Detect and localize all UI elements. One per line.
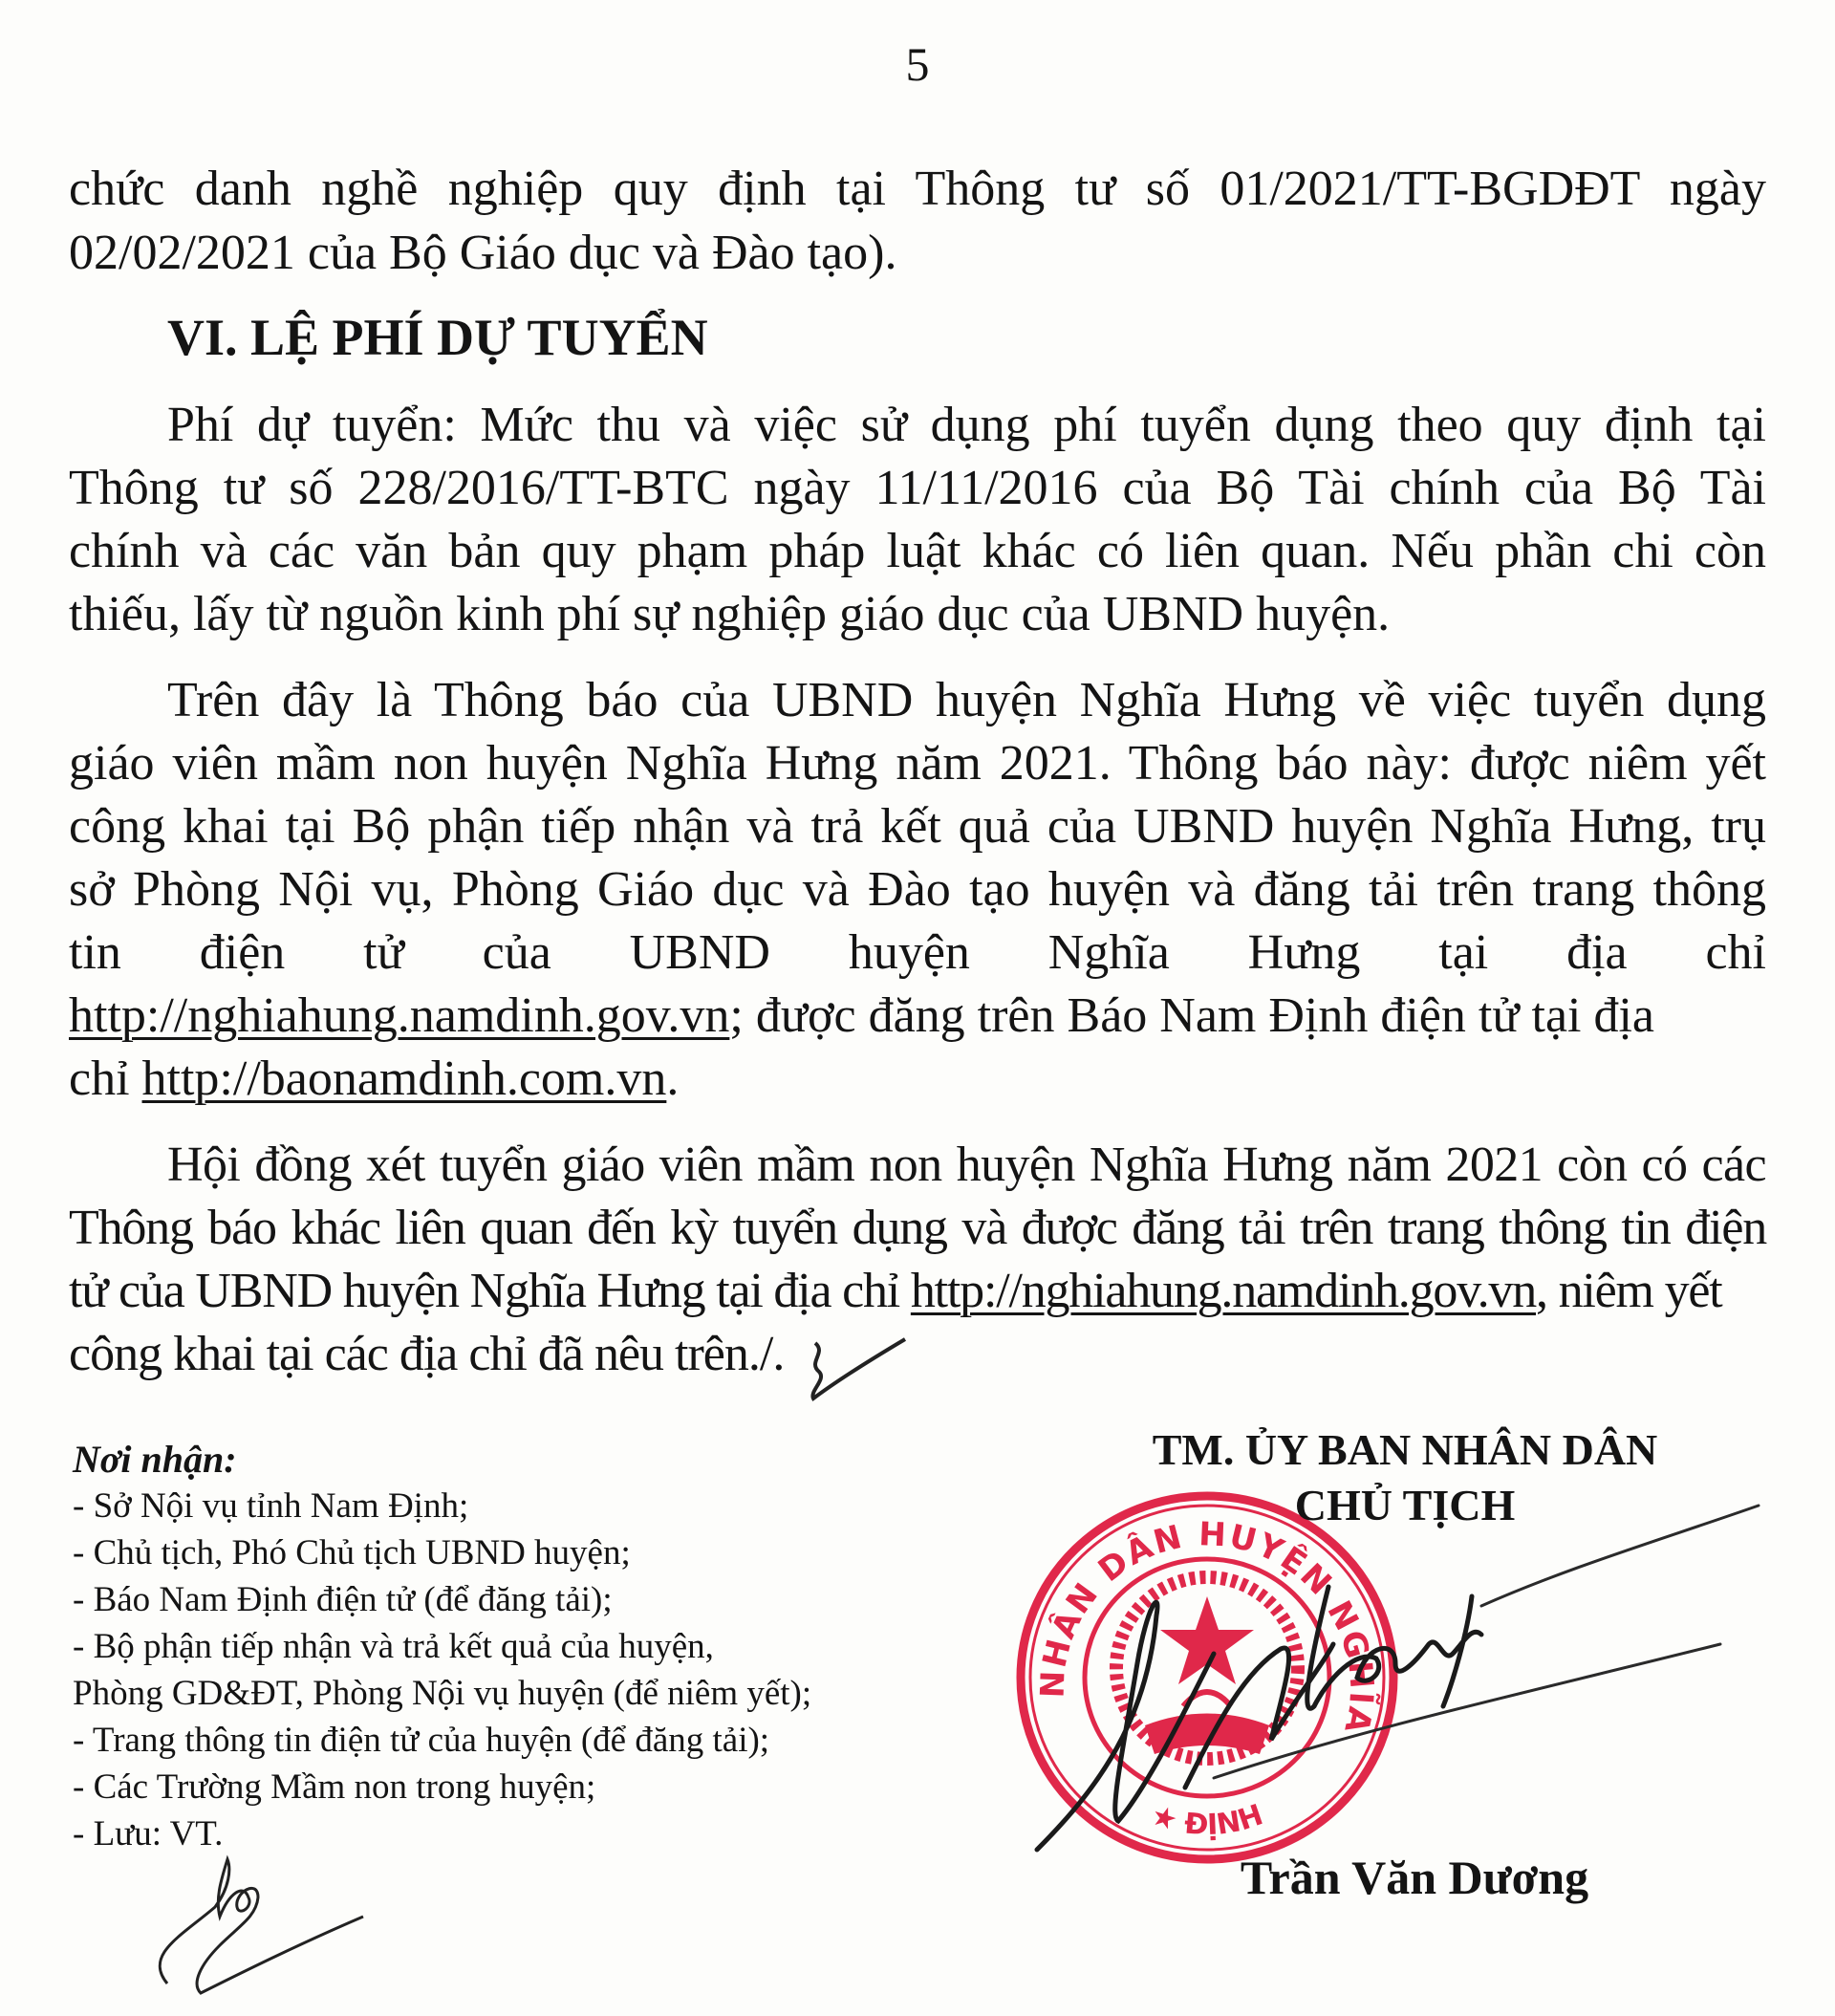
link-nghiahung-2[interactable]: http://nghiahung.namdinh.gov.vn xyxy=(911,1264,1536,1318)
body-line: Phí dự tuyển: Mức thu và việc sử dụng ph… xyxy=(167,394,1766,457)
initial-signature-icon xyxy=(124,1840,373,2003)
body-line: công khai tại Bộ phận tiếp nhận và trả k… xyxy=(69,795,1766,858)
body-line: Thông tư số 228/2016/TT-BTC ngày 11/11/2… xyxy=(69,457,1766,520)
body-line: sở Phòng Nội vụ, Phòng Giáo dục và Đào t… xyxy=(69,858,1766,921)
body-text: ; được đăng trên Báo Nam Định điện tử tạ… xyxy=(729,988,1654,1043)
link-baonamdinh[interactable]: http://baonamdinh.com.vn xyxy=(142,1051,667,1106)
recipient-item: - Chủ tịch, Phó Chủ tịch UBND huyện; xyxy=(73,1529,811,1576)
body-line: thiếu, lấy từ nguồn kinh phí sự nghiệp g… xyxy=(69,583,1766,646)
body-line: chỉ http://baonamdinh.com.vn. xyxy=(69,1048,1766,1111)
body-text: . xyxy=(666,1051,679,1106)
body-text: chỉ xyxy=(69,1051,142,1106)
link-nghiahung[interactable]: http://nghiahung.namdinh.gov.vn xyxy=(69,988,729,1043)
body-line: công khai tại các địa chỉ đã nêu trên./. xyxy=(69,1323,1766,1386)
body-text: , niêm yết xyxy=(1536,1264,1722,1318)
recipients-list: Nơi nhận: - Sở Nội vụ tỉnh Nam Định; - C… xyxy=(73,1436,811,1857)
recipient-item: - Các Trường Mầm non trong huyện; xyxy=(73,1764,811,1810)
body-line: http://nghiahung.namdinh.gov.vn; được đă… xyxy=(69,985,1766,1048)
initial-mark-icon xyxy=(798,1333,913,1410)
recipient-item: - Trang thông tin điện tử của huyện (để … xyxy=(73,1717,811,1764)
body-line: chính và các văn bản quy phạm pháp luật … xyxy=(69,520,1766,583)
body-line: tử của UBND huyện Nghĩa Hưng tại địa chỉ… xyxy=(69,1260,1766,1323)
recipients-title: Nơi nhận: xyxy=(73,1436,811,1483)
recipient-item: Phòng GD&ĐT, Phòng Nội vụ huyện (để niêm… xyxy=(73,1670,811,1717)
signature-org: TM. ỦY BAN NHÂN DÂN xyxy=(1042,1422,1768,1478)
body-line: chức danh nghề nghiệp quy định tại Thông… xyxy=(69,158,1766,221)
handwritten-signature-icon xyxy=(994,1472,1778,1874)
body-line: Thông báo khác liên quan đến kỳ tuyển dụ… xyxy=(69,1197,1766,1260)
body-line: giáo viên mầm non huyện Nghĩa Hưng năm 2… xyxy=(69,732,1766,795)
recipient-item: - Sở Nội vụ tỉnh Nam Định; xyxy=(73,1483,811,1529)
section-heading: VI. LỆ PHÍ DỰ TUYỂN xyxy=(167,308,708,367)
body-text: tử của UBND huyện Nghĩa Hưng tại địa chỉ xyxy=(69,1264,911,1318)
body-line: Trên đây là Thông báo của UBND huyện Ngh… xyxy=(167,669,1766,732)
page-number: 5 xyxy=(0,36,1835,92)
body-line: 02/02/2021 của Bộ Giáo dục và Đào tạo). xyxy=(69,222,1766,285)
body-line: Hội đồng xét tuyển giáo viên mầm non huy… xyxy=(167,1134,1766,1197)
recipient-item: - Bộ phận tiếp nhận và trả kết quả của h… xyxy=(73,1623,811,1670)
body-line: tin điện tử của UBND huyện Nghĩa Hưng tạ… xyxy=(69,921,1766,985)
recipient-item: - Báo Nam Định điện tử (để đăng tải); xyxy=(73,1576,811,1623)
